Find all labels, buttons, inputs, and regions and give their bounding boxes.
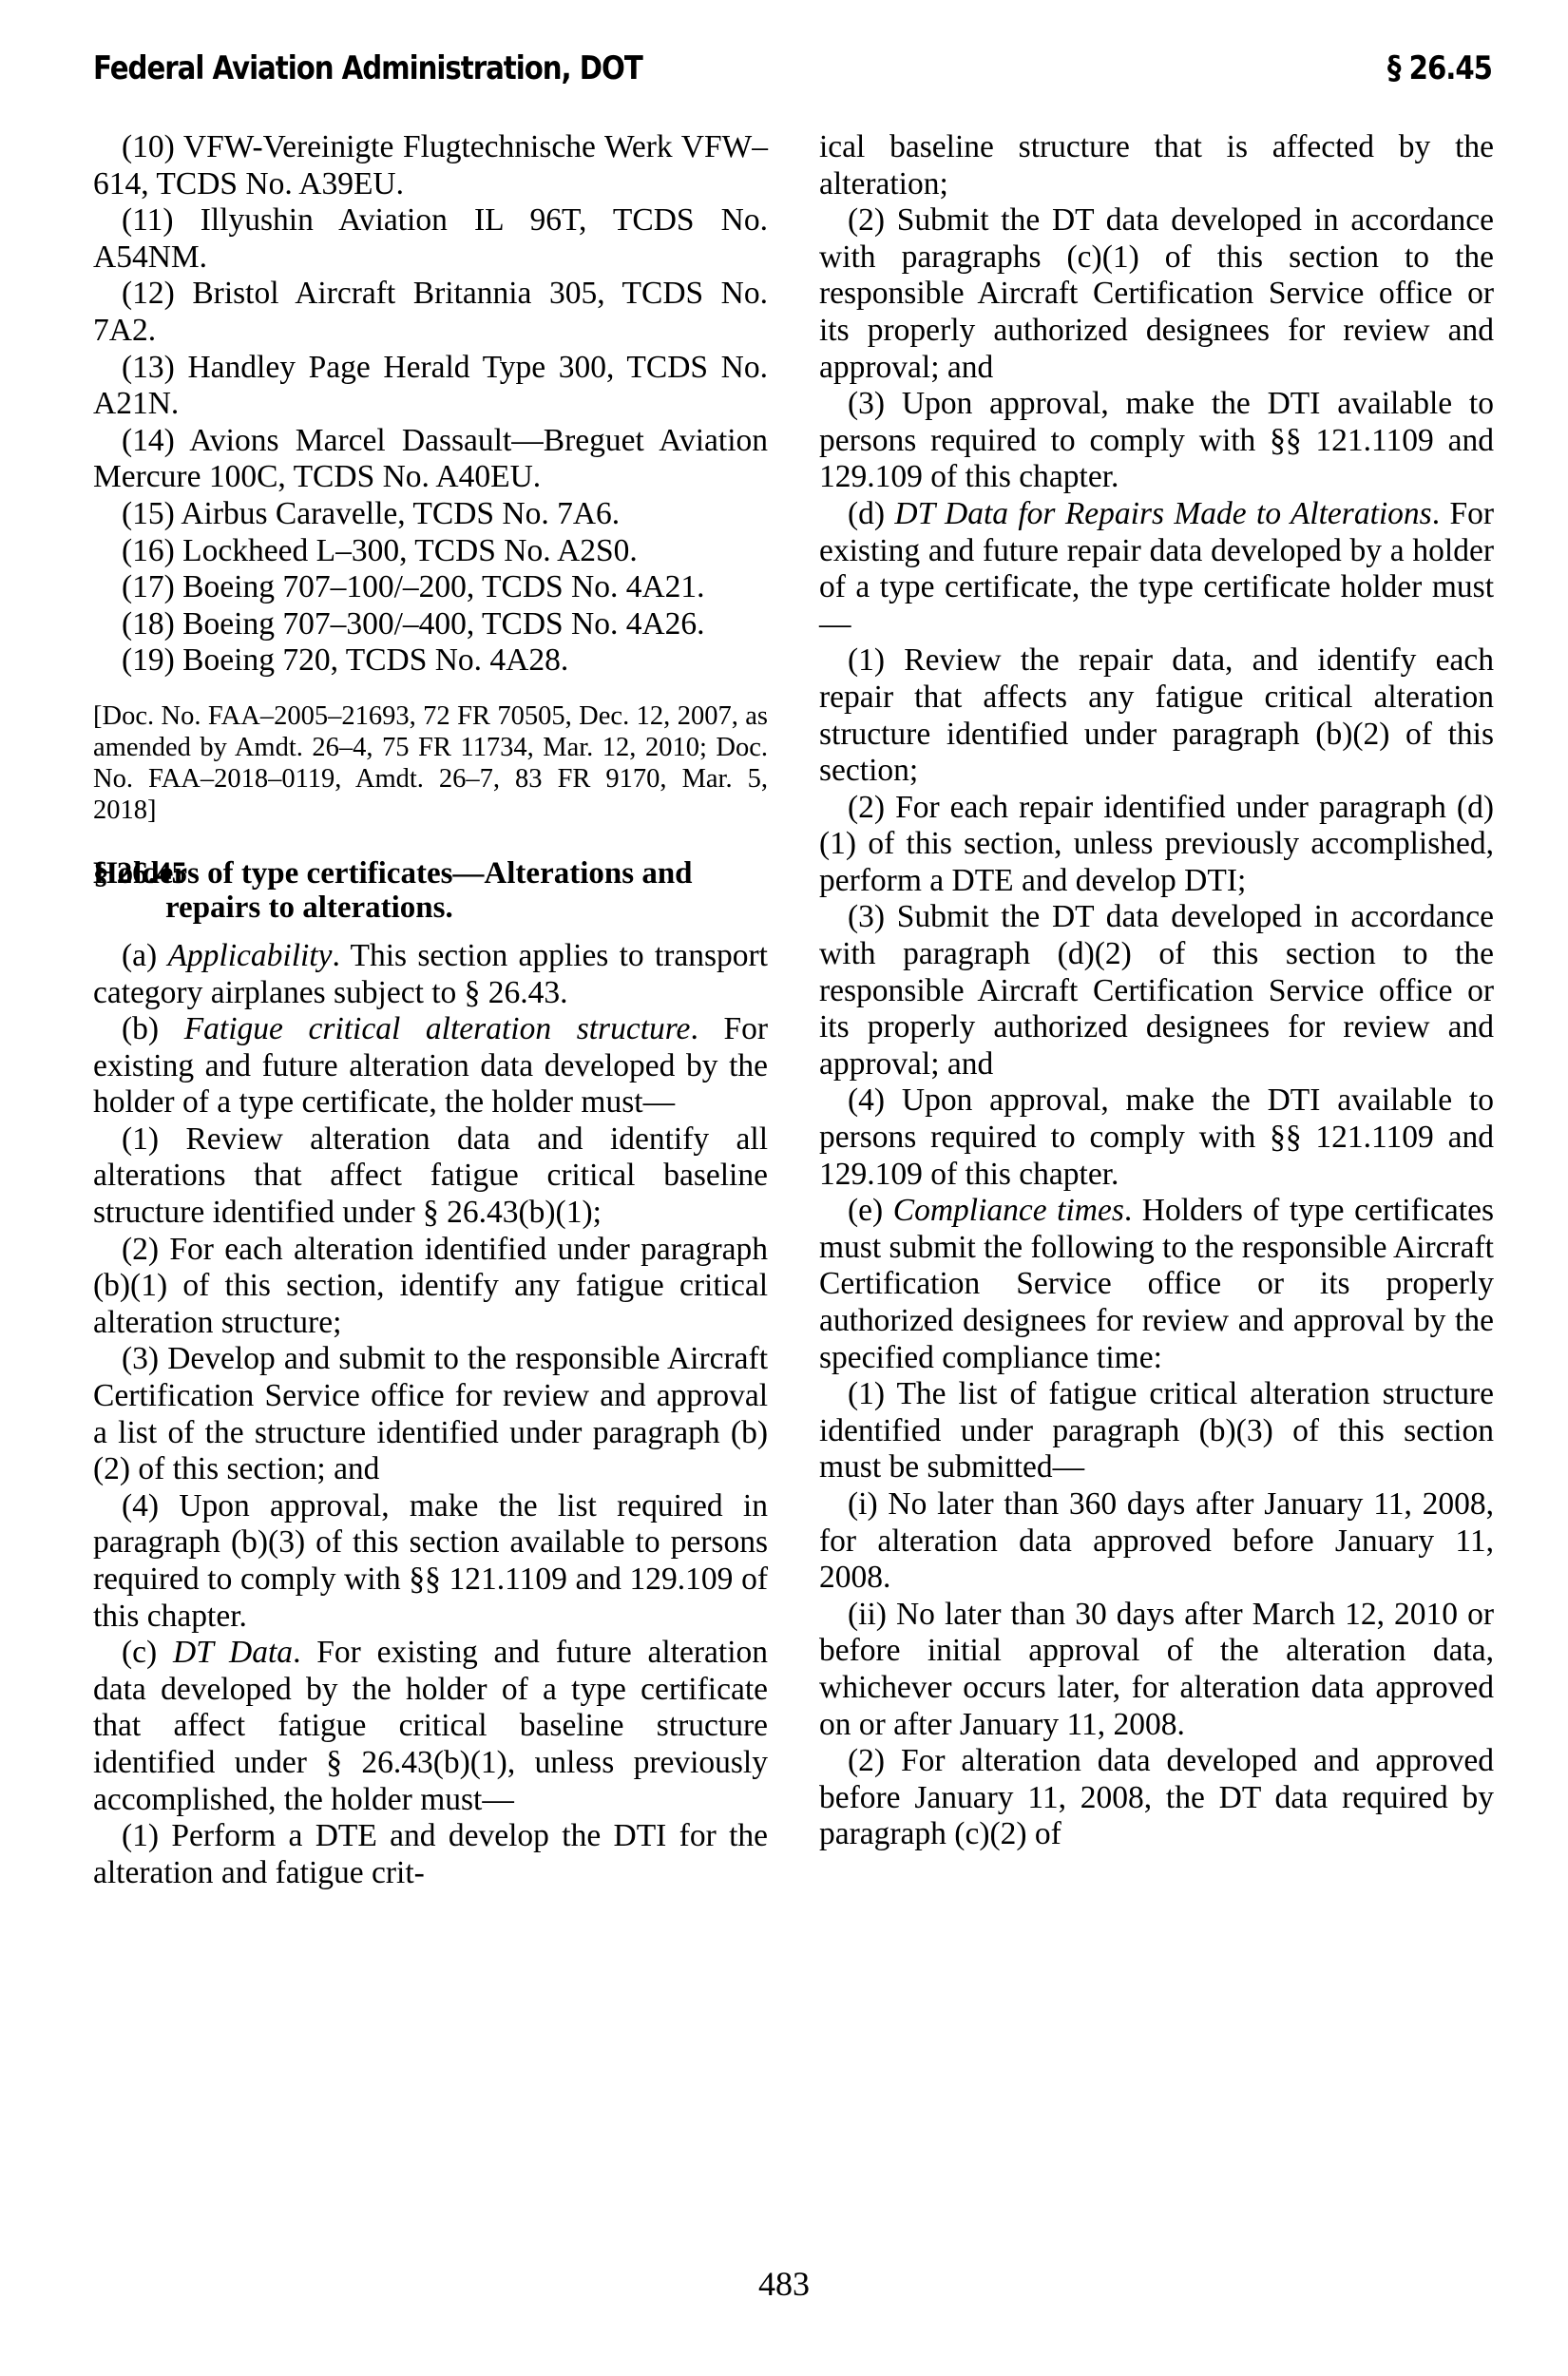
paragraph-label: (c): [122, 1635, 173, 1670]
paragraph-heading: DT Data: [173, 1635, 293, 1670]
aircraft-list-item: (13) Handley Page Herald Type 300, TCDS …: [93, 350, 768, 423]
paragraph-label: (d): [848, 496, 894, 531]
paragraph-d: (d) DT Data for Repairs Made to Alterati…: [819, 496, 1494, 642]
paragraph-c-2: (2) Submit the DT data developed in acco…: [819, 202, 1494, 386]
paragraph-e-1: (1) The list of fatigue critical alterat…: [819, 1376, 1494, 1486]
paragraph-label: (b): [122, 1011, 184, 1046]
paragraph-b-2: (2) For each alteration identified under…: [93, 1232, 768, 1342]
paragraph-e-1-i: (i) No later than 360 days after January…: [819, 1486, 1494, 1597]
left-column: (10) VFW-Vereinigte Flugtechnische Werk …: [93, 129, 768, 1891]
paragraph-c-1-continued: ical baseline structure that is affected…: [819, 129, 1494, 202]
paragraph-c: (c) DT Data. For existing and future alt…: [93, 1635, 768, 1818]
paragraph-heading: DT Data for Repairs Made to Alterations: [894, 496, 1431, 531]
paragraph-d-2: (2) For each repair identified under par…: [819, 790, 1494, 900]
source-citation: [Doc. No. FAA–2005–21693, 72 FR 70505, D…: [93, 700, 768, 826]
aircraft-list-item: (17) Boeing 707–100/–200, TCDS No. 4A21.: [93, 569, 768, 606]
aircraft-list-item: (12) Bristol Aircraft Britannia 305, TCD…: [93, 276, 768, 349]
paragraph-e-1-ii: (ii) No later than 30 days after March 1…: [819, 1597, 1494, 1743]
paragraph-d-3: (3) Submit the DT data developed in acco…: [819, 899, 1494, 1083]
aircraft-list-item: (11) Illyushin Aviation IL 96T, TCDS No.…: [93, 202, 768, 276]
paragraph-e: (e) Compliance times. Holders of type ce…: [819, 1193, 1494, 1376]
aircraft-list-item: (14) Avions Marcel Dassault—Breguet Avia…: [93, 423, 768, 496]
aircraft-list-item: (10) VFW-Vereinigte Flugtechnische Werk …: [93, 129, 768, 202]
right-column: ical baseline structure that is affected…: [819, 129, 1494, 1853]
paragraph-c-1-start: (1) Perform a DTE and develop the DTI fo…: [93, 1818, 768, 1891]
paragraph-b: (b) Fatigue critical alteration structur…: [93, 1011, 768, 1121]
aircraft-list-item: (18) Boeing 707–300/–400, TCDS No. 4A26.: [93, 606, 768, 643]
paragraph-d-4: (4) Upon approval, make the DTI availabl…: [819, 1083, 1494, 1193]
page-number: 483: [0, 2264, 1568, 2304]
paragraph-b-4: (4) Upon approval, make the list require…: [93, 1488, 768, 1635]
paragraph-b-1: (1) Review alteration data and identify …: [93, 1121, 768, 1232]
paragraph-c-3: (3) Upon approval, make the DTI availabl…: [819, 386, 1494, 496]
aircraft-list-item: (16) Lockheed L–300, TCDS No. A2S0.: [93, 533, 768, 570]
paragraph-label: (e): [848, 1193, 893, 1228]
paragraph-d-1: (1) Review the repair data, and identify…: [819, 642, 1494, 789]
paragraph-heading: Applicability: [167, 938, 332, 973]
aircraft-list-item: (19) Boeing 720, TCDS No. 4A28.: [93, 642, 768, 680]
paragraph-e-2-start: (2) For alteration data developed and ap…: [819, 1743, 1494, 1853]
running-header-section: § 26.45: [1387, 49, 1492, 87]
paragraph-b-3: (3) Develop and submit to the responsibl…: [93, 1341, 768, 1487]
section-title: Holders of type certificates—Alterations…: [93, 856, 693, 925]
paragraph-heading: Fatigue critical alteration structure: [184, 1011, 691, 1046]
running-header-agency: Federal Aviation Administration, DOT: [93, 49, 642, 87]
aircraft-list-item: (15) Airbus Caravelle, TCDS No. 7A6.: [93, 496, 768, 533]
paragraph-label: (a): [122, 938, 167, 973]
paragraph-a: (a) Applicability. This section applies …: [93, 938, 768, 1011]
section-heading: § 26.45Holders of type certificates—Alte…: [93, 856, 768, 925]
paragraph-heading: Compliance times: [893, 1193, 1124, 1228]
